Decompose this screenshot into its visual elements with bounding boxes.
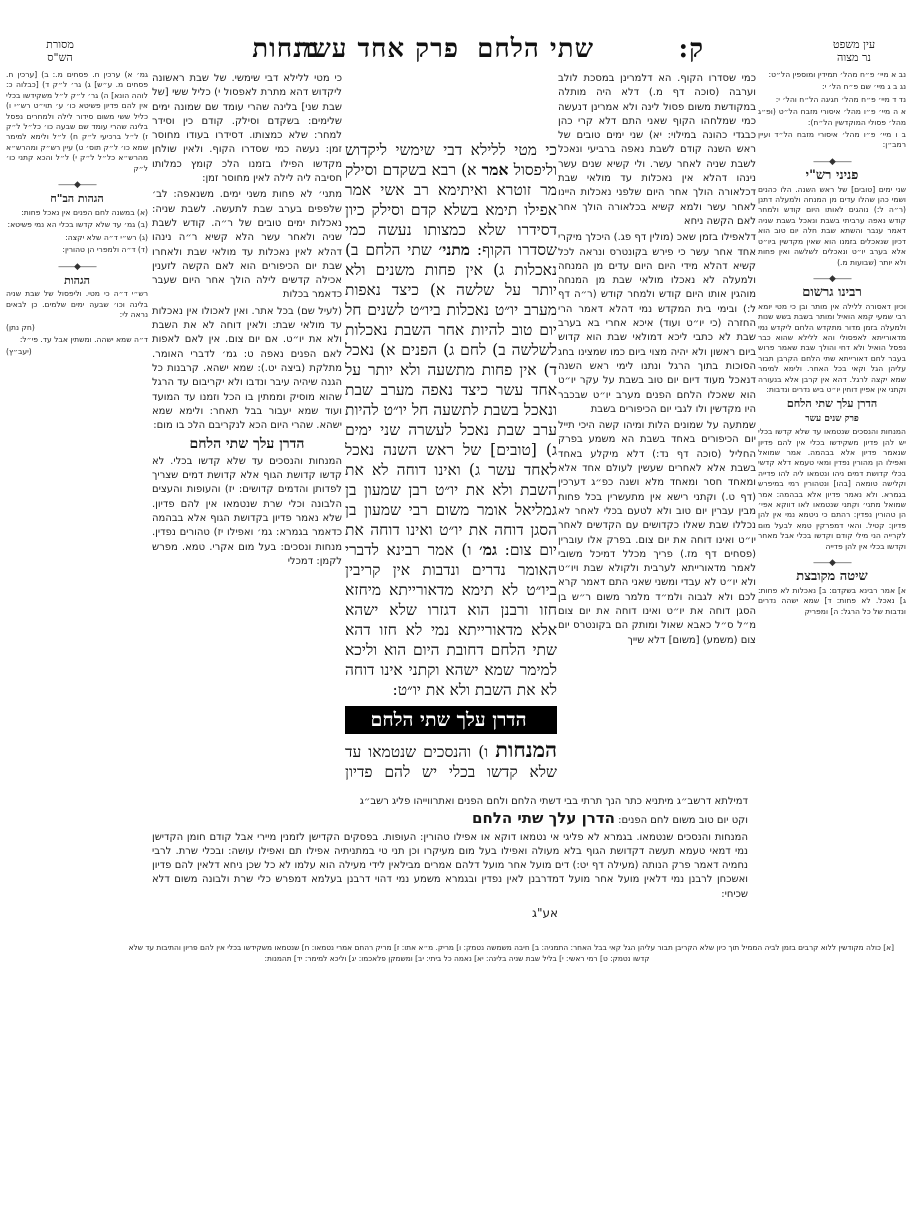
shita-mekubetzet-title: שיטה מקובצת — [758, 572, 906, 582]
ornament-divider: ——◆—— — [758, 558, 906, 568]
ornament-divider: ——◆—— — [6, 180, 148, 190]
left-margin-column: גמ׳ א) ערכין ח. פסחים מ.: ב) [ערכין ח. פ… — [6, 70, 148, 790]
masoret-label: מסורת הש"ס — [20, 38, 100, 64]
rabbeinu-gershom-text-2: המנחות והנסכים שנטמאו עד שלא קדשו בכלי י… — [758, 427, 906, 552]
ein-mishpat-entry: נג ב ג מיי׳ שם פ״ח הל׳ י: — [758, 82, 906, 92]
daf-number: ק: — [678, 34, 704, 64]
masoret-label-line1: מסורת — [20, 38, 100, 51]
bottom-commentary-paragraph: המנחות והנסכים שנטמאו. בגמרא לא פליגי אי… — [152, 831, 748, 902]
pnei-rashi-text: שני ימים [טובים] של ראש השנה. הלו כהנים … — [758, 185, 906, 268]
gemara-paragraph: כי מטי ללילא דבי שימשי ליקדוש וליפסול אמ… — [345, 140, 557, 700]
ein-mishpat-label-line1: עין משפט — [814, 38, 894, 51]
rashi-paragraph: המנחות והנסכים עד שלא קדשו בכלי. לא קדשו… — [152, 455, 342, 569]
hadran-banner: הדרן עלך שתי הלחם — [345, 706, 557, 734]
ornament-divider: ——◆—— — [6, 262, 148, 272]
hagahot-habach-entry: (א) במשנה לחם הפנים אין נאכל פחות: — [6, 208, 148, 218]
shita-mekubetzet-text: א] אמר רבינא בשקדם: ב] נאכלות לא פחות: ג… — [758, 586, 906, 617]
bottom-commentary-text: וקט יום טוב משום לחם הפנים: — [618, 815, 748, 826]
pnei-rashi-title: פניני רש"י — [758, 171, 906, 181]
ornament-divider: ——◆—— — [758, 157, 906, 167]
bottom-tosafot-block: דמילתא דרשב״ג מיתניא כתר הנך תרתי בבי דש… — [152, 795, 748, 930]
hagahot-habach-entry: (ד) ד״ה ולמפרי הן טהורין: — [6, 245, 148, 255]
footnotes-block: [א] כולה מקודשין ללוא קרבים בזמן לביה המ… — [20, 942, 894, 972]
rashi-paragraph: כי מטי ללילא דבי שימשי. של שבת ראשונה לי… — [152, 72, 342, 186]
gemara-marker: גמ׳ — [479, 540, 497, 559]
ein-mishpat-entry: נד ד מיי׳ פ״ח מהל׳ חגיגה הל״ח והל׳ י: — [758, 95, 906, 105]
bottom-hadran-heading: הדרן עלך שתי הלחם — [472, 809, 615, 827]
tosafot-paragraph: כמי שסדרו הקוף. הא דלמרינן במסכת לולב וע… — [558, 72, 756, 229]
hagahot-title: הגהות — [6, 276, 148, 286]
tractate-name: מנחות — [252, 34, 319, 64]
mishnah-paragraph: המנחות ו) והנסכים שנטמאו עד שלא קדשו בכל… — [345, 740, 557, 780]
hagahot-entry: ד״ה שמא ישהה. ומשתין אבל עד. פי״ל: — [6, 335, 148, 345]
bottom-commentary-line: דמילתא דרשב״ג מיתניא כתר הנך תרתי בבי דש… — [152, 795, 748, 809]
ein-mishpat-section: נב א מיי׳ פ״ח מהל׳ תמידין ומוספין הל״ט: … — [758, 70, 906, 151]
rashi-paragraph: (לעיל שם) בכל אתר. ואין לאכולו אין נאכלו… — [152, 305, 342, 434]
gemara-keyword: אמר — [482, 160, 509, 179]
tosafot-paragraph: שמתעה על שמונים הלות ומיהו קשה היכי תייל… — [558, 419, 756, 648]
masoret-hashas-text: גמ׳ א) ערכין ח. פסחים מ.: ב) [ערכין ח. פ… — [6, 70, 148, 174]
masoret-label-line2: הש"ס — [20, 51, 100, 64]
rabbeinu-gershom-title: רבינו גרשום — [758, 288, 906, 298]
mishnah-marker: מתני׳ — [439, 240, 470, 259]
gemara-text: ו) אמר רבינא לדברי האומר נדרים ונדבות אי… — [345, 541, 557, 699]
hagahot-source: (יעב״ץ) — [6, 347, 148, 357]
footnotes-line: קדשו נטמק: ט] רמי ראשי: י] בליל שבת שניה… — [20, 953, 894, 964]
mishnah-text: שתי הלחם ב) נאכלות ג) אין פחות משנים ולא… — [345, 241, 557, 559]
hagahot-source: (חק נתן) — [6, 323, 148, 333]
rabbeinu-gershom-text: וכיון דאסורה ללילה אין מותר ובן כי מטי י… — [758, 302, 906, 396]
right-margin-column: נב א מיי׳ פ״ח מהל׳ תמידין ומוספין הל״ט: … — [758, 70, 906, 930]
hagahot-habach-entry: (ג) רש״י ד״ה שלא יקצה: — [6, 233, 148, 243]
ein-mishpat-entry: ב ו מיי׳ פ״ו מהל׳ איסורי מזבח הל״ד ועיין… — [758, 130, 906, 151]
hagahot-habach-title: הגהות הב"ח — [6, 194, 148, 204]
bottom-commentary-line: וקט יום טוב משום לחם הפנים: הדרן עלך שתי… — [152, 811, 748, 828]
rashi-column: כי מטי ללילא דבי שימשי. של שבת ראשונה לי… — [152, 72, 342, 672]
next-chapter-heading: פרק שנים עשר — [758, 414, 906, 424]
rashi-hadran-heading: הדרן עלך שתי הלחם — [152, 437, 342, 451]
rashi-paragraph: מתני׳ לא פחות משני ימים. משנאפה: לב׳ שלפ… — [152, 188, 342, 302]
tosafot-paragraph: דלאפילו בזמן שאכ (מולין דף פג.) היכלך מי… — [558, 231, 756, 417]
footnotes-line: [א] כולה מקודשין ללוא קרבים בזמן לביה המ… — [20, 942, 894, 953]
hagahot-entry: רש״י ד״ה כי מטי. וליפסול של שבת שניה בלי… — [6, 289, 148, 320]
mishnah-opening-word: המנחות — [495, 737, 557, 762]
ein-mishpat-entry: נב א מיי׳ פ״ח מהל׳ תמידין ומוספין הל״ט: — [758, 70, 906, 80]
hadran-side-heading: הדרן עלך שתי הלחם — [758, 399, 906, 409]
ein-mishpat-label-line2: נר מצוה — [814, 51, 894, 64]
ornament-divider: ——◆—— — [758, 274, 906, 284]
gemara-column: כי מטי ללילא דבי שימשי ליקדוש וליפסול אמ… — [345, 140, 557, 780]
ein-mishpat-entry: א ה מיי׳ פ״ו מהל׳ איסורי מזבח הל״ט (ופ״ג… — [758, 107, 906, 128]
chapter-name: שתי הלחם — [477, 34, 594, 64]
chapter-number: פרק אחד עשר — [299, 34, 459, 64]
tosafot-column: כמי שסדרו הקוף. הא דלמרינן במסכת לולב וע… — [558, 72, 756, 762]
page-signature: אע"ג — [152, 906, 748, 920]
hagahot-habach-entry: (ב) גמ׳ עד שלא קדשו בכלי הא נמי פשיטא: — [6, 220, 148, 230]
ein-mishpat-label: עין משפט נר מצוה — [814, 38, 894, 64]
